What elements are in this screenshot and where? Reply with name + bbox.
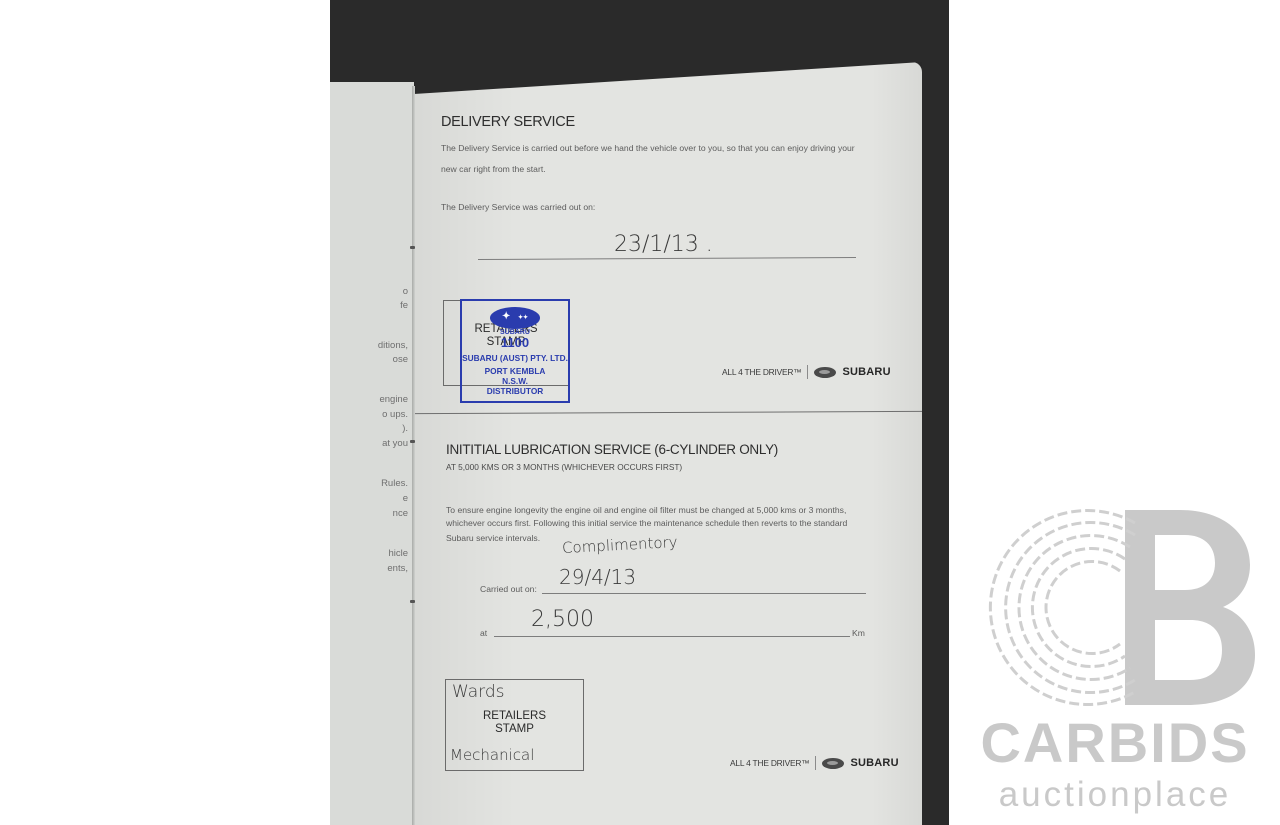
brand-separator — [807, 365, 808, 379]
left-page: o fe ditions, ose engine o ups. ). at yo… — [330, 82, 414, 825]
subaru-distributor-stamp: ✦ ✦✦ SUBARU 1100 SUBARU (AUST) PTY. LTD.… — [460, 299, 570, 403]
delivery-paragraph-line: new car right from the start. — [441, 162, 546, 177]
left-page-text: ents, — [387, 563, 408, 574]
lubrication-retailers-stamp-box: Wards RETAILERS STAMP Mechanical — [445, 679, 584, 771]
left-page-text: e — [403, 493, 408, 504]
lubrication-subtitle: AT 5,000 KMS OR 3 MONTHS (WHICHEVER OCCU… — [446, 462, 682, 472]
left-page-text: o ups. — [382, 409, 408, 420]
carbids-watermark: CARBIDS auctionplace — [975, 505, 1255, 815]
km-label: Km — [852, 626, 865, 641]
delivery-title: DELIVERY SERVICE — [441, 114, 575, 130]
lubrication-footer-brand: ALL 4 THE DRIVER™ SUBARU — [730, 756, 899, 770]
subaru-logo-icon — [814, 367, 836, 378]
brand-tagline: ALL 4 THE DRIVER™ — [730, 758, 809, 768]
left-page-text: o — [403, 286, 408, 297]
subaru-logo-icon — [822, 758, 844, 769]
lubrication-date-line — [542, 593, 866, 594]
brand-tagline: ALL 4 THE DRIVER™ — [722, 367, 801, 377]
left-page-text: ). — [402, 423, 408, 434]
left-page-text: hicle — [388, 548, 408, 559]
brand-name: SUBARU — [850, 757, 898, 769]
booklet-photo: o fe ditions, ose engine o ups. ). at yo… — [330, 0, 949, 825]
lubrication-handwritten-date: 29/4/13 — [559, 565, 636, 589]
lubrication-carried-out-label: Carried out on: — [480, 582, 537, 597]
right-page: DELIVERY SERVICE The Delivery Service is… — [414, 62, 922, 825]
handwritten-km: 2,500 — [531, 607, 594, 632]
lubrication-paragraph-line: whichever occurs first. Following this i… — [446, 516, 847, 531]
brand-name: SUBARU — [842, 366, 890, 378]
left-page-text: Rules. — [381, 478, 408, 489]
carbids-logo-icon — [975, 505, 1255, 710]
delivery-paragraph-line: The Delivery Service is carried out befo… — [441, 141, 855, 156]
left-page-text: engine — [379, 394, 408, 405]
at-label: at — [480, 626, 487, 641]
watermark-subtitle: auctionplace — [975, 775, 1255, 815]
brand-separator — [815, 756, 816, 770]
watermark-brand: CARBIDS — [975, 713, 1255, 773]
km-line — [494, 636, 850, 637]
delivery-carried-out-label: The Delivery Service was carried out on: — [441, 200, 595, 215]
left-page-text: ditions, — [378, 340, 408, 351]
delivery-footer-brand: ALL 4 THE DRIVER™ SUBARU — [722, 365, 891, 379]
lubrication-paragraph-line: Subaru service intervals. — [446, 531, 540, 546]
left-page-text: nce — [393, 508, 408, 519]
subaru-logo-icon: ✦ ✦✦ — [490, 307, 540, 329]
booklet-spine — [412, 86, 415, 825]
handwritten-stamp-bottom: Mechanical — [450, 746, 534, 764]
left-page-text: at you — [382, 438, 408, 449]
stamp-box-label: RETAILERS STAMP — [446, 710, 583, 736]
left-page-text: ose — [393, 354, 408, 365]
handwritten-stamp-top: Wards — [452, 682, 504, 702]
delivery-handwritten-date: 23/1/13 . — [614, 232, 713, 257]
left-page-text: fe — [400, 300, 408, 311]
lubrication-title: INITITIAL LUBRICATION SERVICE (6-CYLINDE… — [446, 442, 778, 457]
